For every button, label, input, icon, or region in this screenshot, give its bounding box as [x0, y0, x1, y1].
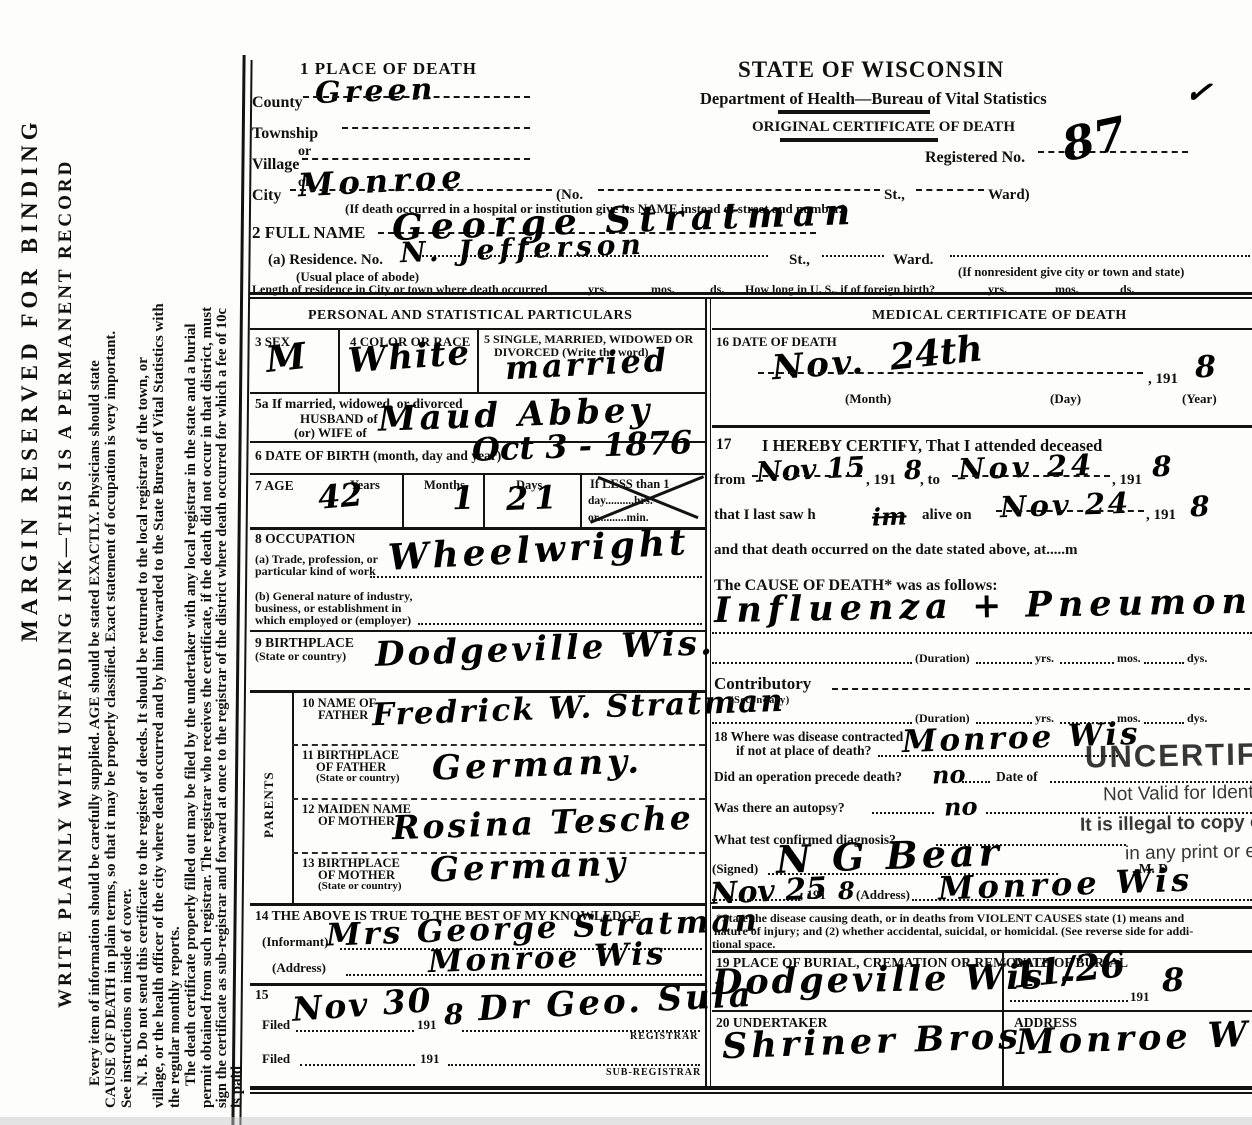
state-title: STATE OF WISCONSIN — [738, 58, 1004, 82]
sub-registrar-label: SUB-REGISTRAR — [606, 1068, 701, 1079]
date-of-death-day: 24th — [888, 330, 984, 377]
nonresident-note: (If nonresident give city or town and st… — [958, 266, 1184, 279]
dotted-line — [296, 1030, 414, 1032]
from-label: from — [714, 473, 745, 489]
cell-divider — [338, 328, 340, 392]
violent-causes-footnote: *State the disease causing death, or in … — [716, 912, 1184, 925]
rule — [250, 292, 1252, 295]
filed-date-value: Nov 30 — [291, 983, 434, 1027]
rule — [778, 110, 930, 114]
cell-divider — [402, 473, 404, 527]
year-prefix: 191 — [420, 1052, 440, 1066]
watermark-uncertified: UNCERTIF — [1085, 738, 1252, 774]
age-years-value: 42 — [317, 478, 364, 515]
dotted-line — [950, 255, 1250, 257]
street-label: St., — [884, 188, 905, 204]
dotted-line — [952, 475, 1110, 477]
parents-vertical-label: PARENTS — [262, 771, 276, 838]
last-saw-date-value: Nov 24 — [1000, 488, 1132, 523]
burial-year-digit: 8 — [1161, 964, 1184, 998]
dotted-line — [712, 632, 1252, 634]
dotted-line — [712, 899, 800, 901]
section-15-number: 15 — [255, 988, 269, 1002]
year-prefix: , 191 — [1146, 508, 1176, 524]
birthplace-sub-label: (State or country) — [255, 650, 346, 663]
rule — [250, 1086, 1252, 1090]
scribbled-pronoun: im — [872, 503, 907, 529]
dys-label: dys. — [1187, 712, 1207, 725]
date-of-birth-label: 6 DATE OF BIRTH (month, day and year) — [255, 449, 501, 463]
margin-paragraph-line: the regular monthly reports. — [168, 926, 184, 1108]
dotted-line — [418, 255, 768, 257]
informant-address-value: Monroe Wis — [428, 938, 668, 979]
rule — [712, 950, 1252, 953]
medical-certificate-title: MEDICAL CERTIFICATE OF DEATH — [872, 309, 1127, 324]
rule — [712, 425, 1252, 428]
rule — [250, 297, 1252, 299]
attended-from-value: Nov 15 — [755, 452, 866, 487]
dotted-line — [832, 688, 1250, 690]
county-value: Green — [314, 74, 436, 110]
dotted-line — [872, 812, 934, 814]
violent-causes-footnote: tional space. — [712, 938, 775, 951]
dotted-line — [962, 781, 990, 783]
mother-maiden-name-label: OF MOTHER — [318, 815, 395, 828]
yrs-label: yrs. — [1035, 652, 1054, 665]
date-of-birth-value: Oct 3 - 1876 — [471, 426, 692, 467]
dotted-line — [1144, 662, 1184, 664]
registrar-label: REGISTRAR — [630, 1032, 698, 1043]
occupation-label: 8 OCCUPATION — [255, 532, 355, 546]
certificate-title: ORIGINAL CERTIFICATE OF DEATH — [752, 120, 1015, 136]
undertaker-address-value: Monroe Wis. — [1015, 1015, 1252, 1062]
residence-label: (a) Residence. No. — [268, 253, 383, 269]
rule — [712, 1010, 1252, 1012]
city-label: City — [252, 188, 281, 205]
margin-paragraph-line: sign the certificate as sub-registrar an… — [215, 308, 230, 1108]
year-prefix: , 191 — [1148, 372, 1178, 388]
watermark-illegal-copy: It is illegal to copy or p — [1080, 812, 1252, 836]
cause-of-death-value: Influenza + Pneumonia — [714, 583, 1252, 630]
city-value: Monroe — [297, 161, 467, 203]
where-contracted-label: if not at place of death? — [736, 744, 871, 758]
cell-divider — [483, 473, 485, 527]
rule — [250, 1092, 1252, 1094]
year-caption: (Year) — [1182, 392, 1217, 406]
wife-of-label: (or) WIFE of — [294, 426, 367, 440]
scan-edge-artifact — [0, 1117, 1252, 1125]
attended-to-year-digit: 8 — [1151, 452, 1171, 482]
mother-birthplace-label: (State or country) — [318, 881, 402, 893]
dotted-line — [916, 189, 984, 191]
year-prefix: , 191 — [866, 473, 896, 489]
dotted-line — [996, 510, 1144, 512]
year-prefix: 191 — [417, 1018, 437, 1032]
cell-divider — [477, 328, 479, 392]
year-prefix: 191 — [1130, 990, 1150, 1004]
signed-label: (Signed) — [712, 862, 758, 876]
filed-label: Filed — [262, 1018, 290, 1032]
binding-edge-line — [231, 55, 245, 1125]
cell-divider — [580, 473, 582, 527]
check-mark: ✓ — [1183, 75, 1213, 111]
mother-birthplace-value: Germany — [429, 847, 629, 890]
full-name-label: 2 FULL NAME — [252, 224, 365, 242]
undertaker-value: Shriner Bros — [721, 1019, 1022, 1066]
month-caption: (Month) — [845, 392, 891, 406]
dotted-line — [300, 1064, 415, 1066]
father-birthplace-label: (State or country) — [316, 773, 400, 785]
attended-to-value: Nov 24 — [958, 450, 1096, 485]
father-birthplace-value: Germany. — [431, 744, 643, 787]
last-saw-year-digit: 8 — [1189, 492, 1209, 522]
rule — [250, 903, 705, 906]
margin-paragraph-line: is paid — [230, 1066, 246, 1108]
date-of-burial-value: 11/26 — [1010, 946, 1127, 995]
signature-address-label: (Address) — [856, 888, 910, 902]
father-name-label: FATHER — [318, 709, 368, 722]
age-label: 7 AGE — [255, 479, 294, 493]
dotted-line — [342, 127, 530, 129]
dotted-line — [976, 662, 1032, 664]
mos-label: mos. — [1117, 652, 1141, 665]
county-label: County — [252, 95, 303, 112]
signature-address-value: Monroe Wis — [937, 864, 1193, 906]
dotted-line — [758, 372, 1143, 374]
color-race-value: White — [347, 336, 472, 380]
day-caption: (Day) — [1050, 392, 1081, 406]
margin-paragraph-line: The death certificate properly filled ou… — [184, 323, 200, 1086]
margin-paragraph-line: village, or the health officer of the ci… — [152, 303, 168, 1108]
margin-write-plainly-note: WRITE PLAINLY WITH UNFADING INK—THIS IS … — [56, 159, 76, 1008]
informant-address-label: (Address) — [272, 961, 326, 975]
dys-label: dys. — [1187, 652, 1207, 665]
watermark-print-ele: in any print or ele — [1125, 842, 1252, 864]
section-17-number: 17 — [716, 437, 732, 453]
operation-question: Did an operation precede death? — [714, 770, 902, 784]
dotted-line — [1010, 1000, 1128, 1002]
dotted-line — [752, 475, 862, 477]
mother-maiden-name-value: Rosina Tesche — [391, 801, 694, 846]
dotted-line — [712, 722, 912, 724]
registered-no-label: Registered No. — [925, 150, 1025, 167]
residence-ward-label: Ward. — [893, 253, 933, 269]
margin-paragraph-line: See instructions on inside of cover. — [120, 889, 136, 1108]
alive-on-label: alive on — [922, 508, 972, 524]
dotted-line — [1060, 662, 1114, 664]
margin-binding-note: MARGIN RESERVED FOR BINDING — [18, 117, 42, 642]
rule — [250, 473, 705, 475]
occupation-a-label: particular kind of work — [255, 565, 376, 578]
operation-date-label: Date of — [996, 770, 1038, 784]
dotted-line — [1144, 722, 1184, 724]
occupation-b-label: which employed or (employer) — [255, 614, 411, 627]
date-of-death-year-digit: 8 — [1194, 352, 1216, 384]
death-certificate-scan: MARGIN RESERVED FOR BINDING WRITE PLAINL… — [0, 0, 1252, 1125]
dotted-line — [712, 662, 912, 664]
last-saw-label: that I last saw h — [714, 508, 816, 524]
residence-street-label: St., — [789, 253, 810, 269]
dotted-line — [303, 96, 530, 98]
margin-paragraph-line: N. B. Do not send this certificate to th… — [136, 357, 152, 1086]
marital-status-value: married — [504, 344, 670, 386]
to-label: , to — [920, 473, 940, 489]
ward-label: Ward) — [988, 188, 1030, 204]
watermark-not-valid: Not Valid for Identi — [1103, 783, 1252, 806]
operation-answer: no — [932, 761, 966, 787]
dotted-line — [822, 255, 884, 257]
violent-causes-footnote: nature of injury; and (2) whether accide… — [714, 925, 1193, 938]
township-label: Township — [252, 126, 318, 143]
rule — [712, 906, 1252, 909]
dotted-line — [290, 189, 552, 191]
informant-label: (Informant) — [262, 935, 328, 949]
signature-year-digit: 8 — [838, 878, 856, 904]
death-occurred-statement: and that death occurred on the date stat… — [714, 543, 1077, 559]
age-months-value: 1 — [451, 482, 474, 516]
filed-year-digit: 8 — [443, 1000, 463, 1030]
date-of-death-month: Nov. — [771, 345, 867, 387]
margin-paragraph-line: Every item of information should be care… — [88, 360, 104, 1086]
residence-value: N. Jefferson — [400, 230, 647, 268]
margin-paragraph-line: CAUSE OF DEATH in plain terms, so that i… — [104, 331, 120, 1108]
dotted-line — [448, 1064, 700, 1066]
personal-particulars-title: PERSONAL AND STATISTICAL PARTICULARS — [308, 309, 632, 324]
registered-no-value: 87 — [1058, 109, 1131, 170]
secondary-label: (Secondary) — [730, 695, 790, 706]
department-subtitle: Department of Health—Bureau of Vital Sta… — [700, 90, 1047, 107]
village-label: Village — [252, 157, 299, 174]
filed-label: Filed — [262, 1052, 290, 1066]
autopsy-question: Was there an autopsy? — [714, 801, 845, 815]
sex-value: M — [264, 338, 308, 380]
autopsy-answer: no — [944, 793, 978, 819]
rule — [712, 328, 1252, 330]
birthplace-value: Dodgeville Wis. — [374, 626, 715, 674]
duration-label: (Duration) — [915, 652, 970, 665]
husband-of-label: HUSBAND of — [300, 412, 378, 426]
occupation-value: Wheelwright — [387, 524, 690, 578]
year-prefix: , 191 — [800, 888, 826, 902]
age-days-value: 21 — [505, 481, 563, 517]
rule — [780, 138, 938, 142]
contributory-label: Contributory — [714, 675, 811, 693]
